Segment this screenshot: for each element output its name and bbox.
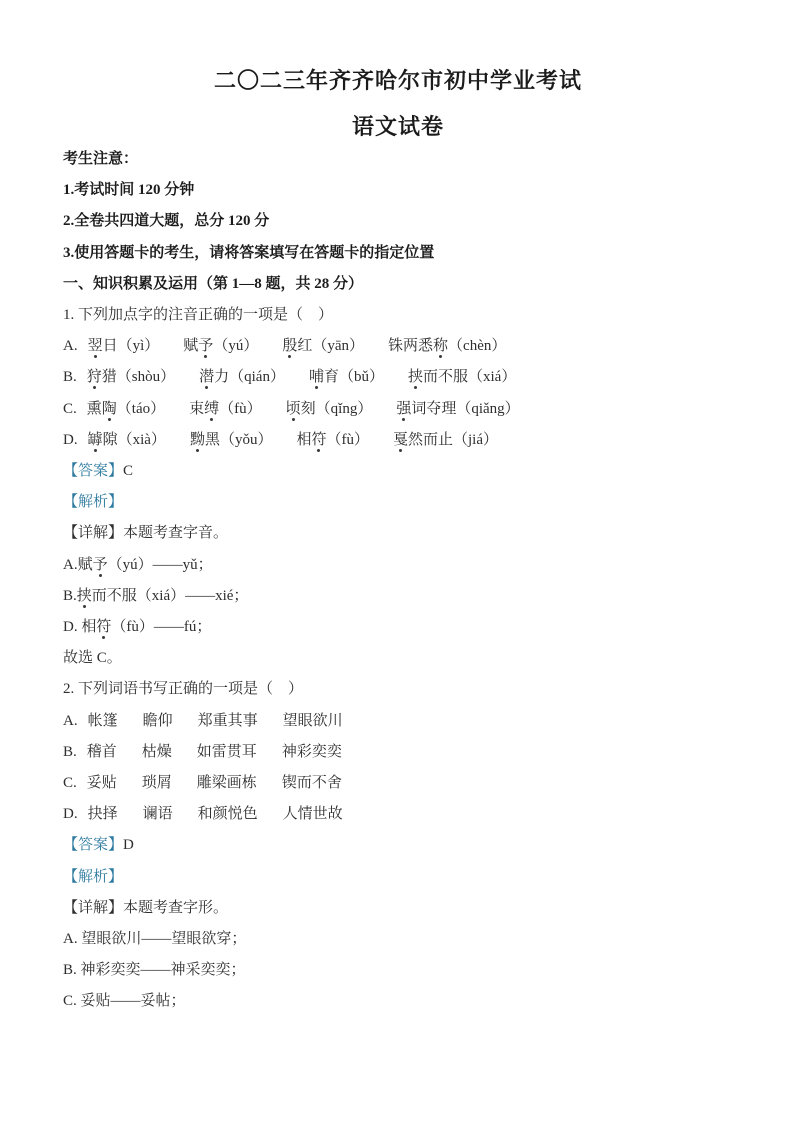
emphasized-char: 予 <box>198 338 213 354</box>
emphasized-char: 缚 <box>204 401 219 417</box>
word-post: （táo） <box>117 401 165 417</box>
emphasized-char: 黝 <box>190 432 205 448</box>
option-label: C. <box>63 775 77 791</box>
analysis-label: 【解析】 <box>63 869 123 885</box>
option-word: 郑重其事 <box>198 713 258 729</box>
option-word: 望眼欲川 <box>283 713 343 729</box>
q2-detail-line: 【详解】本题考查字形。 <box>63 893 733 924</box>
option-word: 翌日（yì） <box>88 338 160 354</box>
option-word: 黝黑（yǒu） <box>190 432 273 448</box>
option-word: 相符（fù） <box>296 432 369 448</box>
word-post: （yú） <box>213 338 258 354</box>
option-label: B. <box>63 369 77 385</box>
word-post: （fù）——fú； <box>111 619 211 635</box>
word-post: （chèn） <box>448 338 506 354</box>
exam-subtitle: 语文试卷 <box>63 110 733 144</box>
word-post: （yú）——yǔ； <box>108 557 213 573</box>
word-post: （fù） <box>327 432 370 448</box>
word-post: （fù） <box>219 401 262 417</box>
option-label: A. <box>63 713 78 729</box>
option-word: 枯燥 <box>142 744 172 760</box>
emphasized-char: 殷 <box>282 338 297 354</box>
question-1-option-a: A.翌日（yì）赋予（yú）殷红（yān）铢两悉称（chèn） <box>63 331 733 362</box>
document-page: 二〇二三年齐齐哈尔市初中学业考试 语文试卷 考生注意： 1.考试时间 120 分… <box>0 0 793 1122</box>
option-word: 铢两悉称（chèn） <box>388 338 506 354</box>
word-post: 隙（xià） <box>103 432 166 448</box>
option-word: 哺育（bǔ） <box>309 369 384 385</box>
option-word: 雕梁画栋 <box>197 775 257 791</box>
word-pre: 束 <box>189 401 204 417</box>
exam-title: 二〇二三年齐齐哈尔市初中学业考试 <box>63 64 733 98</box>
option-label: C. <box>63 401 77 417</box>
answer-value: C <box>123 463 133 479</box>
option-word: 人情世故 <box>283 806 343 822</box>
emphasized-char: 戛 <box>393 432 408 448</box>
analysis-label: 【解析】 <box>63 494 123 510</box>
emphasized-char: 符 <box>96 619 111 635</box>
emphasized-char: 予 <box>93 557 108 573</box>
word-post: 然而止（jiá） <box>408 432 498 448</box>
notice-heading: 考生注意： <box>63 144 733 175</box>
emphasized-char: 翌 <box>88 338 103 354</box>
word-post: 日（yì） <box>103 338 160 354</box>
word-post: 而不服（xiá） <box>423 369 516 385</box>
correction-prefix: D. <box>63 619 81 635</box>
q2-answer-line: 【答案】D <box>63 830 733 861</box>
q1-correction-d: D. 相符（fù）——fú； <box>63 612 733 643</box>
option-label: B. <box>63 744 77 760</box>
option-word: 赋予（yú） <box>183 338 258 354</box>
correction-prefix: B. <box>63 588 77 604</box>
question-1-option-d: D.罅隙（xià）黝黑（yǒu）相符（fù）戛然而止（jiá） <box>63 425 733 456</box>
word-post: 红（yān） <box>297 338 364 354</box>
emphasized-char: 潜 <box>199 369 214 385</box>
emphasized-char: 挟 <box>77 588 92 604</box>
option-word: 帐篷 <box>88 713 118 729</box>
q1-conclusion: 故选 C。 <box>63 643 733 674</box>
option-word: 强词夺理（qiǎng） <box>396 401 519 417</box>
answer-label: 【答案】 <box>63 463 123 479</box>
option-word: 瞻仰 <box>143 713 173 729</box>
emphasized-char: 顷 <box>286 401 301 417</box>
section-1-heading: 一、知识积累及运用（第 1—8 题，共 28 分） <box>63 269 733 300</box>
emphasized-char: 称 <box>433 338 448 354</box>
notice-item-1: 1.考试时间 120 分钟 <box>63 175 733 206</box>
question-1-option-c: C.熏陶（táo）束缚（fù）顷刻（qǐng）强词夺理（qiǎng） <box>63 394 733 425</box>
emphasized-char: 哺 <box>309 369 324 385</box>
option-word: 琐屑 <box>142 775 172 791</box>
word-pre: 相 <box>81 619 96 635</box>
word-post: 黑（yǒu） <box>205 432 273 448</box>
question-2-stem: 2. 下列词语书写正确的一项是（ ） <box>63 674 733 705</box>
option-label: D. <box>63 432 78 448</box>
option-word: 熏陶（táo） <box>87 401 165 417</box>
option-word: 如雷贯耳 <box>197 744 257 760</box>
option-word: 挟而不服（xiá） <box>408 369 516 385</box>
word-pre: 赋 <box>78 557 93 573</box>
option-word: 抉择 <box>88 806 118 822</box>
option-label: D. <box>63 806 78 822</box>
emphasized-char: 罅 <box>88 432 103 448</box>
option-word: 狩猎（shòu） <box>87 369 175 385</box>
word-pre: 相 <box>296 432 311 448</box>
q2-analysis-line: 【解析】 <box>63 862 733 893</box>
word-pre: 铢两悉 <box>388 338 433 354</box>
option-word: 妥贴 <box>87 775 117 791</box>
option-word: 锲而不舍 <box>282 775 342 791</box>
word-post: 而不服（xiá）——xié； <box>92 588 249 604</box>
question-2-option-b: B.稽首枯燥如雷贯耳神彩奕奕 <box>63 737 733 768</box>
option-word: 罅隙（xià） <box>88 432 166 448</box>
emphasized-char: 陶 <box>102 401 117 417</box>
question-2-option-d: D.抉择谰语和颜悦色人情世故 <box>63 799 733 830</box>
word-post: 育（bǔ） <box>324 369 384 385</box>
q2-correction-c: C. 妥贴——妥帖； <box>63 986 733 1017</box>
emphasized-char: 符 <box>311 432 326 448</box>
q1-correction-a: A.赋予（yú）——yǔ； <box>63 550 733 581</box>
option-word: 顷刻（qǐng） <box>286 401 373 417</box>
question-2-option-a: A.帐篷瞻仰郑重其事望眼欲川 <box>63 706 733 737</box>
word-pre: 熏 <box>87 401 102 417</box>
emphasized-char: 狩 <box>87 369 102 385</box>
q1-correction-b: B.挟而不服（xiá）——xié； <box>63 581 733 612</box>
q2-correction-b: B. 神彩奕奕——神采奕奕； <box>63 955 733 986</box>
emphasized-char: 强 <box>396 401 411 417</box>
word-pre: 赋 <box>183 338 198 354</box>
notice-item-3: 3.使用答题卡的考生，请将答案填写在答题卡的指定位置 <box>63 238 733 269</box>
q1-answer-line: 【答案】C <box>63 456 733 487</box>
option-word: 神彩奕奕 <box>282 744 342 760</box>
word-post: 词夺理（qiǎng） <box>411 401 519 417</box>
question-1-stem: 1. 下列加点字的注音正确的一项是（ ） <box>63 300 733 331</box>
option-word: 殷红（yān） <box>282 338 364 354</box>
option-word: 戛然而止（jiá） <box>393 432 498 448</box>
answer-value: D <box>123 837 134 853</box>
word-post: 刻（qǐng） <box>301 401 373 417</box>
word-post: 猎（shòu） <box>102 369 175 385</box>
document-body: 考生注意： 1.考试时间 120 分钟 2.全卷共四道大题，总分 120 分 3… <box>63 144 733 1018</box>
option-word: 和颜悦色 <box>198 806 258 822</box>
question-2-option-c: C.妥贴琐屑雕梁画栋锲而不舍 <box>63 768 733 799</box>
option-word: 束缚（fù） <box>189 401 262 417</box>
option-word: 潜力（qián） <box>199 369 285 385</box>
question-1-option-b: B.狩猎（shòu）潜力（qián）哺育（bǔ）挟而不服（xiá） <box>63 362 733 393</box>
option-word: 稽首 <box>87 744 117 760</box>
notice-item-2: 2.全卷共四道大题，总分 120 分 <box>63 206 733 237</box>
q2-correction-a: A. 望眼欲川——望眼欲穿； <box>63 924 733 955</box>
option-label: A. <box>63 338 78 354</box>
emphasized-char: 挟 <box>408 369 423 385</box>
detail-label: 【详解】 <box>63 525 123 541</box>
detail-text: 本题考查字形。 <box>123 900 228 916</box>
q1-analysis-line: 【解析】 <box>63 487 733 518</box>
word-post: 力（qián） <box>214 369 285 385</box>
detail-text: 本题考查字音。 <box>123 525 228 541</box>
correction-prefix: A. <box>63 557 78 573</box>
detail-label: 【详解】 <box>63 900 123 916</box>
option-word: 谰语 <box>143 806 173 822</box>
q1-detail-line: 【详解】本题考查字音。 <box>63 518 733 549</box>
answer-label: 【答案】 <box>63 837 123 853</box>
